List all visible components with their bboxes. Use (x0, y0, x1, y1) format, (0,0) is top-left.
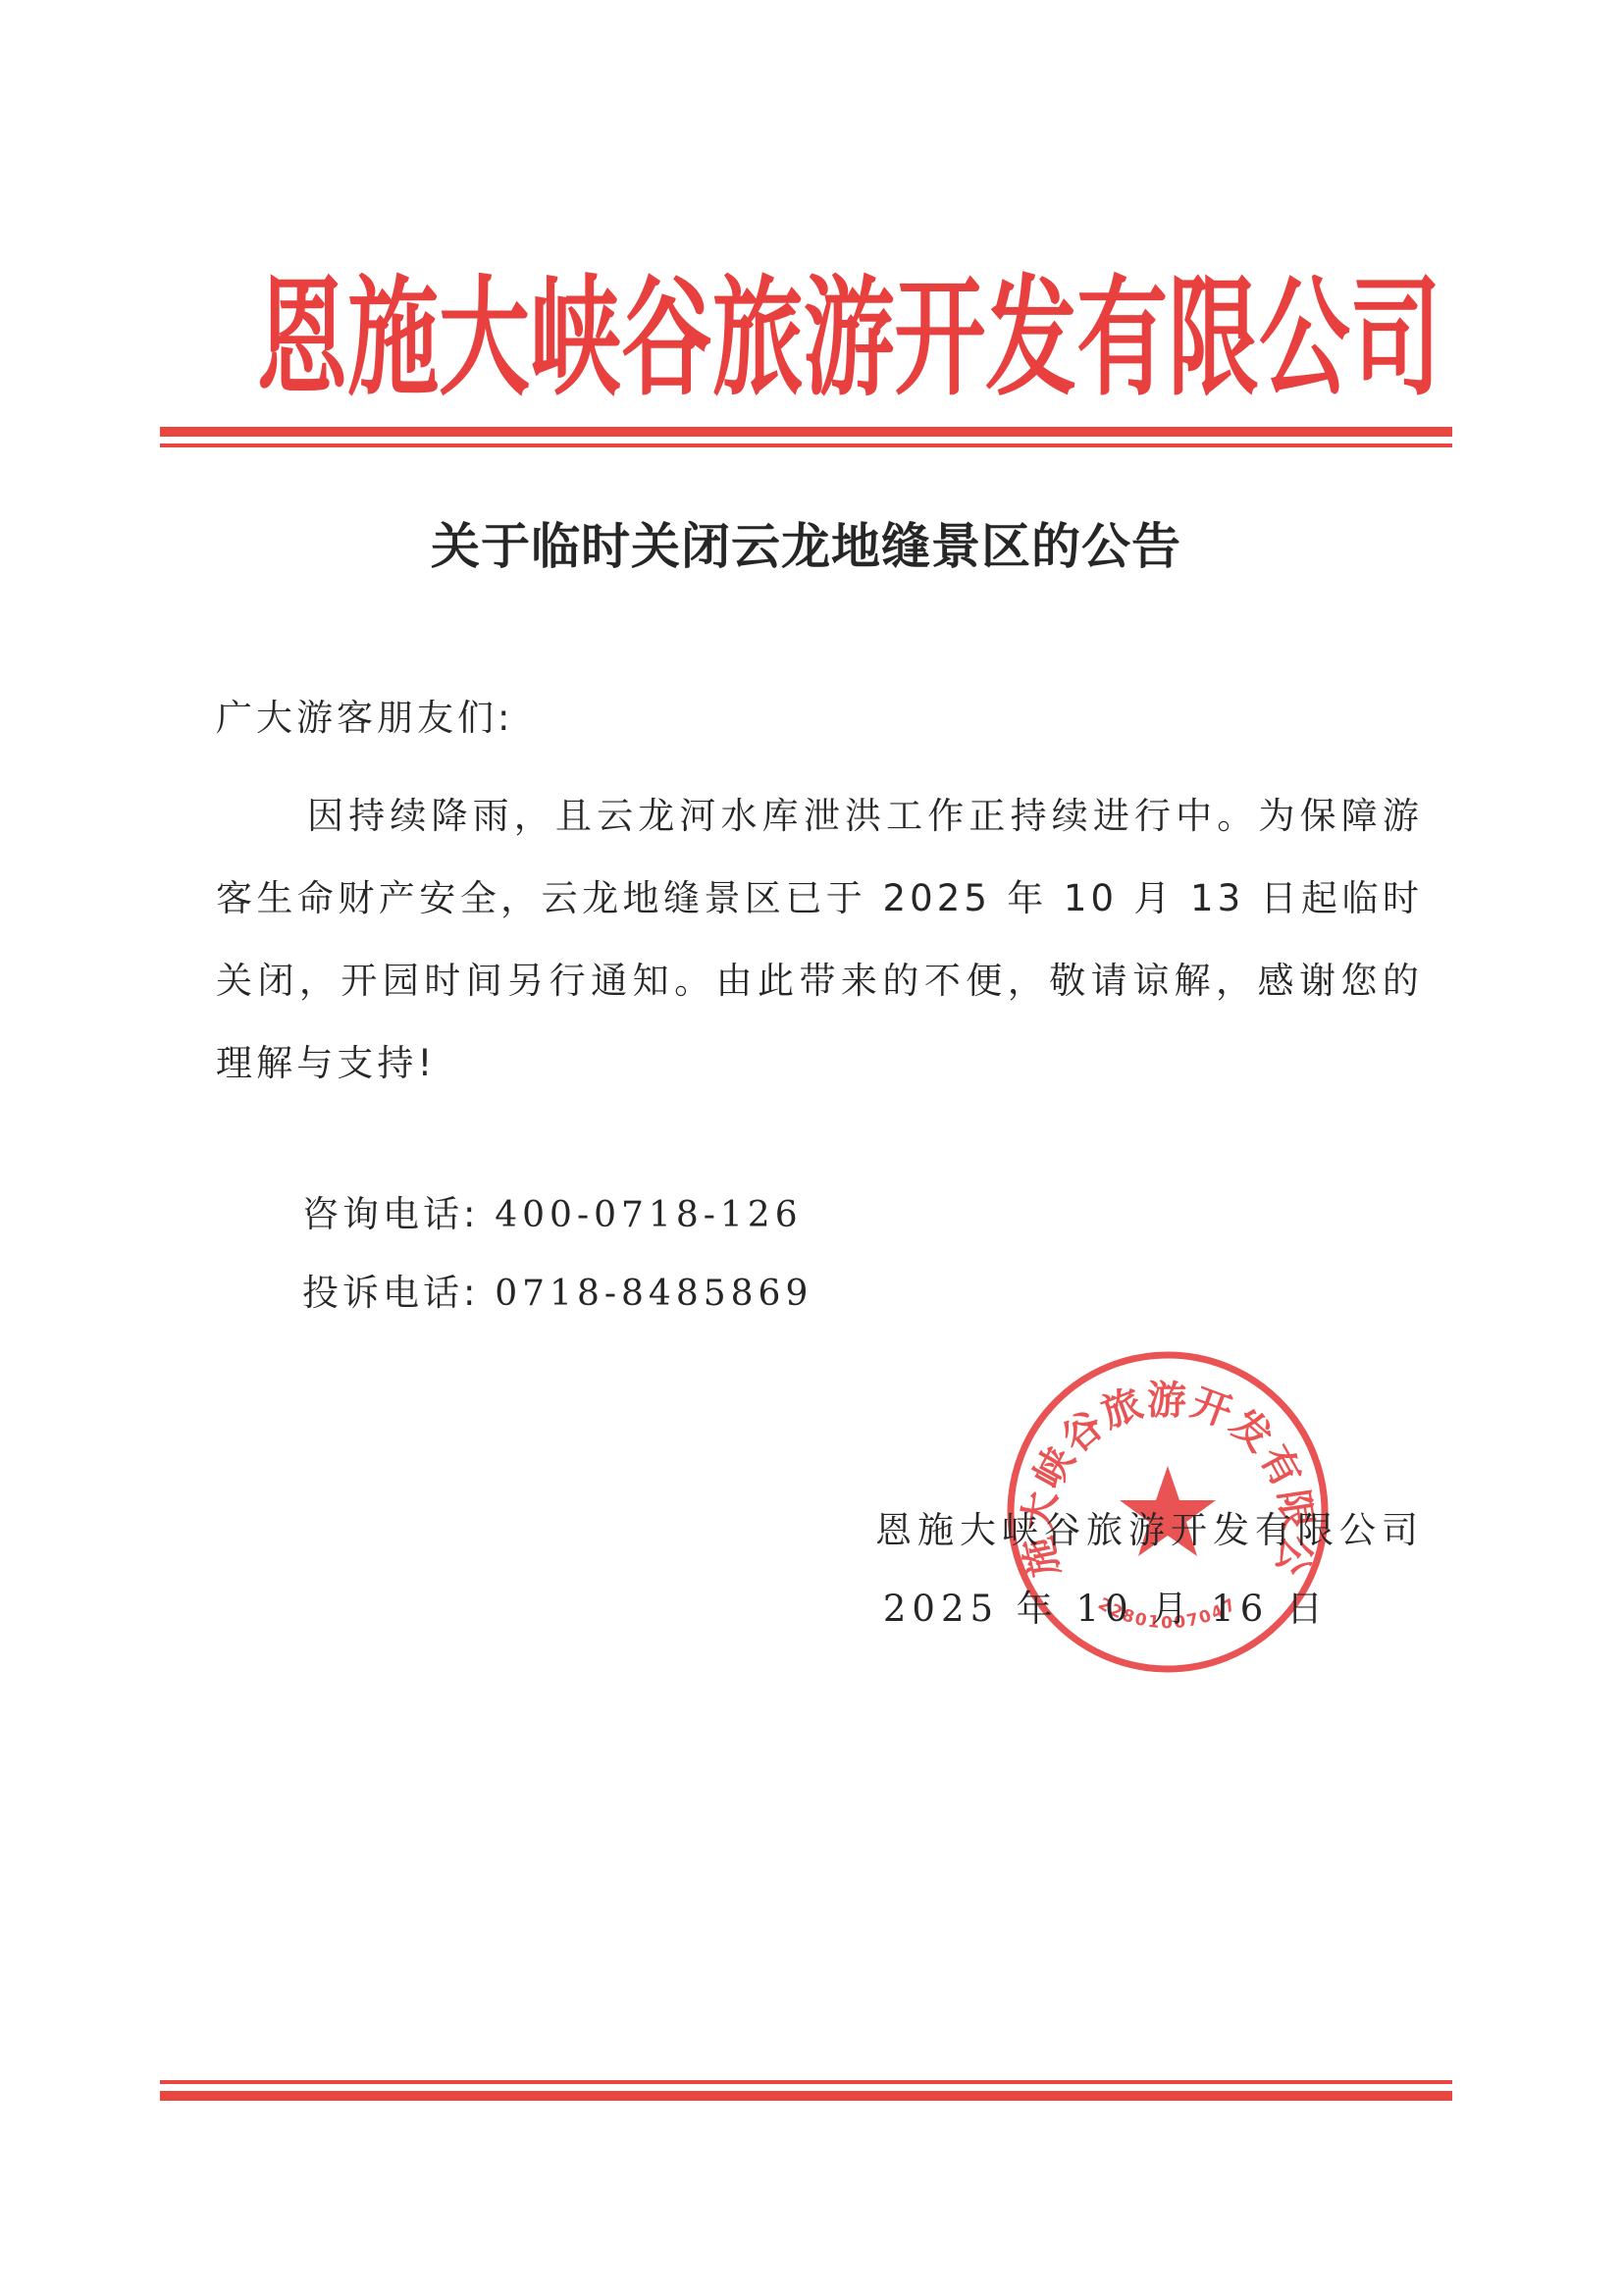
letterhead-company-name: 恩施大峡谷旅游开发有限公司 (256, 249, 1440, 429)
header-rule-thin (160, 444, 1452, 447)
contact-consult-label: 咨询电话: (302, 1193, 479, 1235)
footer-rule-thick (160, 2091, 1452, 2101)
contact-consult-phone: 400-0718-126 (495, 1195, 802, 1235)
contact-complaint: 投诉电话: 0718-8485869 (302, 1264, 812, 1324)
signature-date: 2025 年 10 月 16 日 (883, 1580, 1329, 1639)
contact-consult: 咨询电话: 400-0718-126 (302, 1185, 803, 1245)
salutation: 广大游客朋友们: (216, 689, 513, 748)
signature-company: 恩施大峡谷旅游开发有限公司 (875, 1501, 1424, 1560)
notice-paragraph-text: 因持续降雨，且云龙河水库泄洪工作正持续进行中。为保障游客生命财产安全，云龙地缝景… (216, 795, 1423, 1084)
footer-rule-thin (160, 2080, 1452, 2084)
notice-paragraph: 因持续降雨，且云龙河水库泄洪工作正持续进行中。为保障游客生命财产安全，云龙地缝景… (216, 775, 1423, 1105)
contact-complaint-phone: 0718-8485869 (495, 1274, 812, 1314)
header-rule-thick (160, 427, 1452, 437)
contact-complaint-label: 投诉电话: (302, 1272, 479, 1314)
letterhead: 恩施大峡谷旅游开发有限公司 (160, 265, 1452, 412)
signature-date-text: 2025 年 10 月 16 日 (883, 1588, 1329, 1630)
notice-title: 关于临时关闭云龙地缝景区的公告 (160, 512, 1452, 581)
